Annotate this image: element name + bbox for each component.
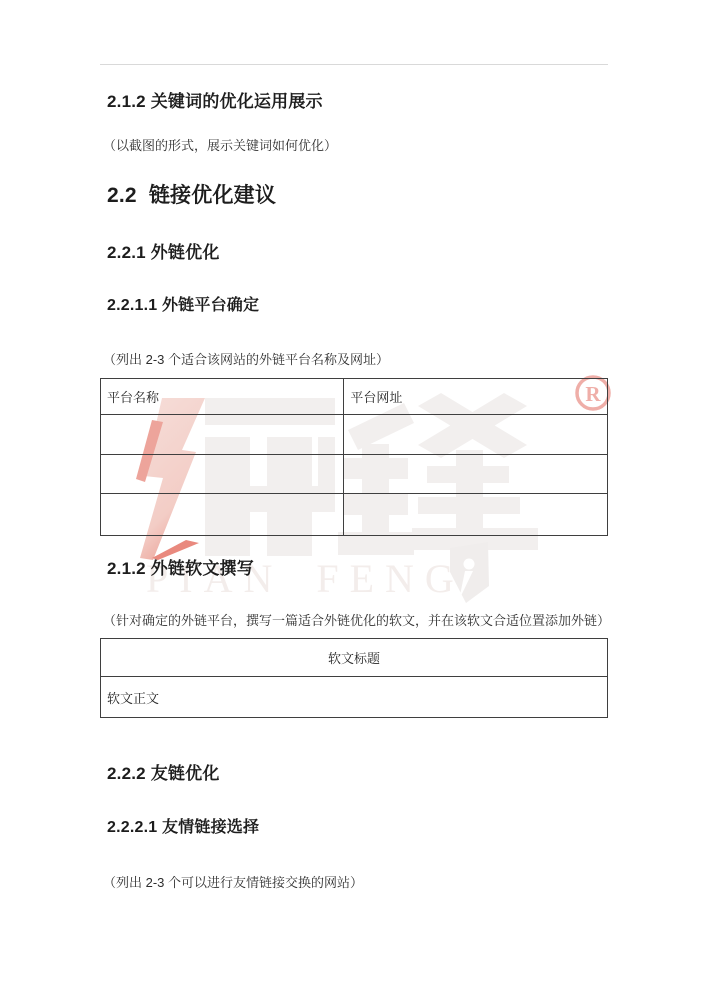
platform-url-header-cell: 平台网址 [344, 379, 608, 415]
platform-name-cell[interactable] [101, 415, 344, 455]
heading-link-optimization: 2.2 链接优化建议 [100, 183, 608, 209]
table-row [101, 455, 608, 494]
document-page: R PIAN FENG 2.1.2 关键词的优化运用展示 （以截图的形式，展示关… [0, 0, 707, 1000]
document-content: 2.1.2 关键词的优化运用展示 （以截图的形式，展示关键词如何优化） 2.2 … [100, 0, 608, 891]
note-friend-link-select: （列出 2-3 个可以进行友情链接交换的网站） [100, 874, 608, 891]
article-body-row: 软文正文 [101, 677, 608, 718]
note-platform-confirm: （列出 2-3 个适合该网站的外链平台名称及网址） [100, 351, 608, 368]
platform-url-cell[interactable] [344, 415, 608, 455]
article-table: 软文标题 软文正文 [100, 638, 608, 718]
heading-platform-confirm: 2.2.1.1 外链平台确定 [100, 296, 608, 316]
heading-friend-link-select: 2.2.2.1 友情链接选择 [100, 818, 608, 838]
article-body-cell[interactable]: 软文正文 [101, 677, 608, 718]
table-row [101, 494, 608, 536]
heading-external-link: 2.2.1 外链优化 [100, 242, 608, 263]
heading-soft-article: 2.1.2 外链软文撰写 [100, 558, 608, 579]
article-title-header-cell: 软文标题 [101, 639, 608, 677]
note-keyword-display: （以截图的形式，展示关键词如何优化） [100, 137, 608, 154]
article-title-row: 软文标题 [101, 639, 608, 677]
heading-friend-link: 2.2.2 友链优化 [100, 763, 608, 784]
platform-url-cell[interactable] [344, 455, 608, 494]
heading-keyword-display: 2.1.2 关键词的优化运用展示 [100, 91, 608, 112]
platform-url-cell[interactable] [344, 494, 608, 536]
platform-name-header-cell: 平台名称 [101, 379, 344, 415]
platform-name-cell[interactable] [101, 494, 344, 536]
table-row [101, 415, 608, 455]
platform-table-header-row: 平台名称 平台网址 [101, 379, 608, 415]
section-divider [100, 64, 608, 65]
platform-name-cell[interactable] [101, 455, 344, 494]
note-soft-article: （针对确定的外链平台，撰写一篇适合外链优化的软文，并在该软文合适位置添加外链） [100, 612, 608, 629]
platform-table: 平台名称 平台网址 [100, 378, 608, 536]
